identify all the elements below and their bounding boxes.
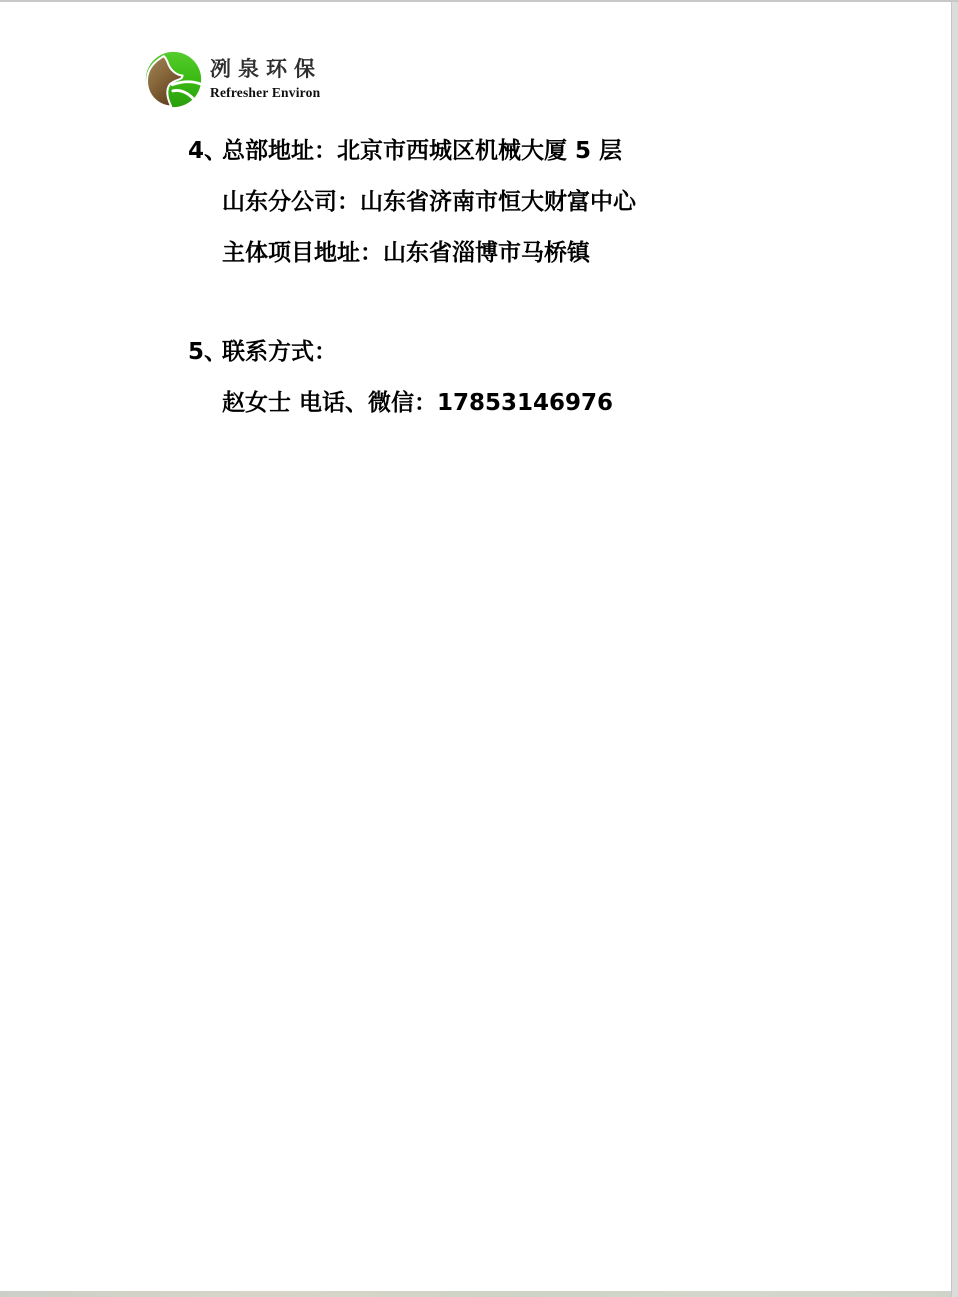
document-page: { "page": { "background": "#ffffff", "to… <box>0 0 958 1297</box>
refresher-environ-logo-icon <box>145 50 202 109</box>
document-content: 4、总部地址：北京市西城区机械大厦 5 层 山东分公司：山东省济南市恒大财富中心… <box>188 126 828 429</box>
logo-text: 冽泉环保 Refresher Environ <box>210 50 322 101</box>
main-project-address: 主体项目地址：山东省淄博市马桥镇 <box>188 228 828 279</box>
contact-heading-line: 5、联系方式： <box>188 327 828 378</box>
item-number-4: 4、 <box>188 126 222 177</box>
contact-heading: 联系方式： <box>222 339 337 365</box>
section-contact: 5、联系方式： 赵女士 电话、微信：17853146976 <box>188 327 828 429</box>
shandong-branch-address: 山东分公司：山东省济南市恒大财富中心 <box>188 177 828 228</box>
page-top-border <box>0 0 958 2</box>
page-bottom-edge <box>0 1291 951 1297</box>
company-name-english: Refresher Environ <box>210 85 322 101</box>
company-logo: 冽泉环保 Refresher Environ <box>145 50 322 109</box>
section-addresses: 4、总部地址：北京市西城区机械大厦 5 层 山东分公司：山东省济南市恒大财富中心… <box>188 126 828 279</box>
headquarters-address: 总部地址：北京市西城区机械大厦 5 层 <box>222 138 622 164</box>
contact-person-phone: 赵女士 电话、微信：17853146976 <box>188 378 828 429</box>
headquarters-address-line: 4、总部地址：北京市西城区机械大厦 5 层 <box>188 126 828 177</box>
item-number-5: 5、 <box>188 327 222 378</box>
page-right-edge <box>951 2 958 1297</box>
company-name-chinese: 冽泉环保 <box>210 57 322 82</box>
